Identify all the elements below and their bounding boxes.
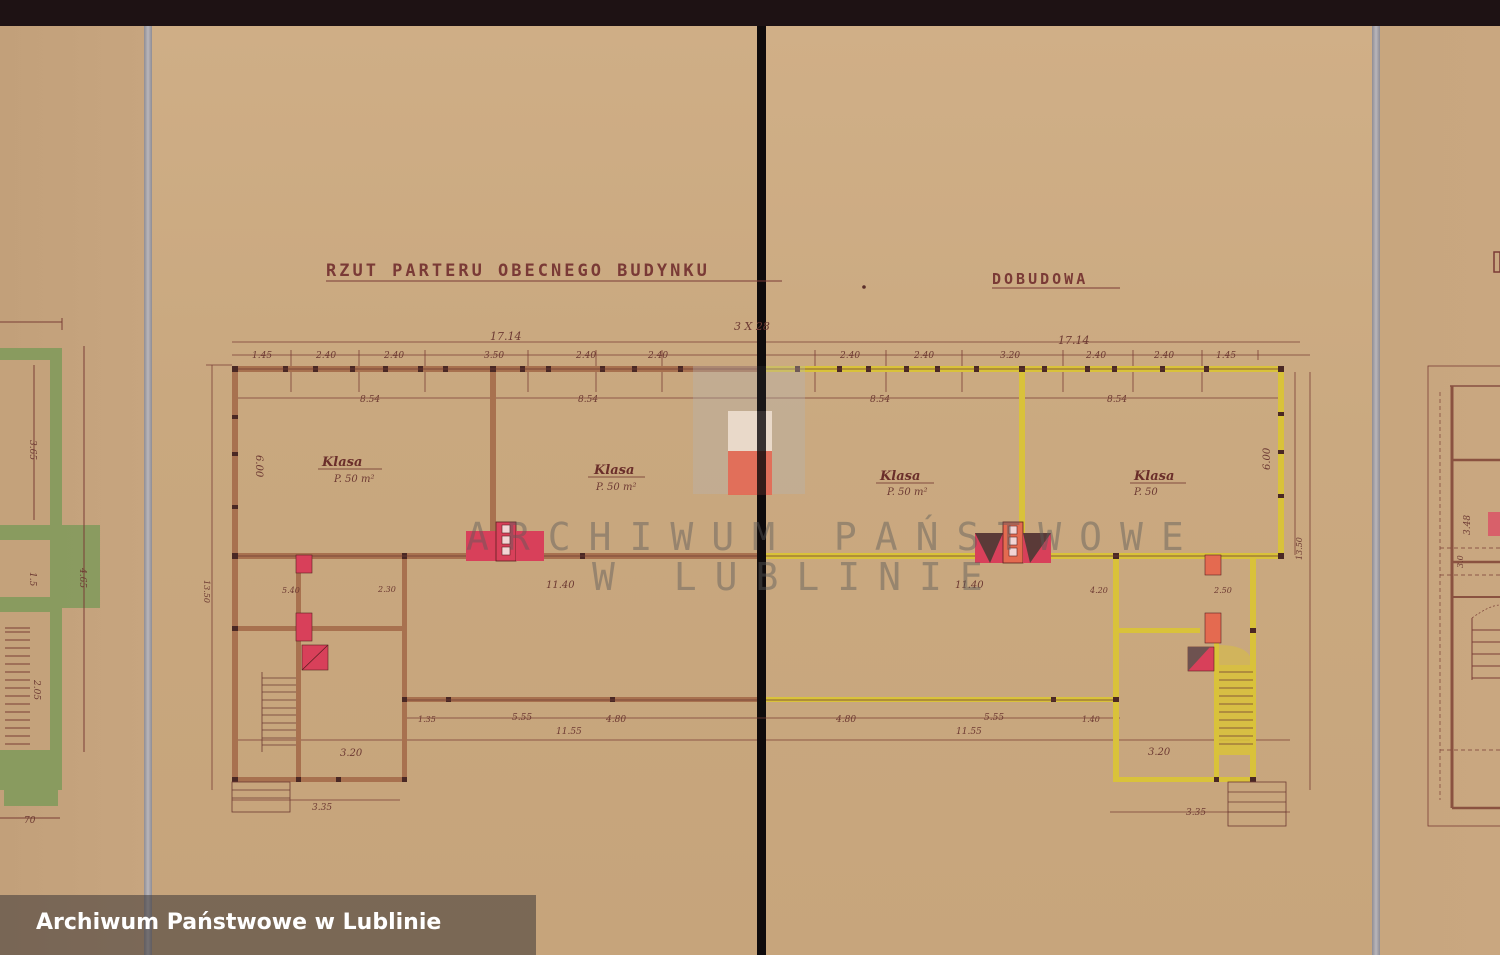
svg-text:Klasa: Klasa <box>593 463 634 478</box>
svg-text:3.65: 3.65 <box>27 440 37 460</box>
svg-text:2.40: 2.40 <box>1085 351 1106 361</box>
entry-steps <box>232 782 1286 826</box>
svg-text:P. 50 m²: P. 50 m² <box>333 474 374 485</box>
svg-text:11.55: 11.55 <box>956 727 982 737</box>
svg-text:6.00: 6.00 <box>1262 447 1273 470</box>
svg-text:4.65: 4.65 <box>77 567 87 588</box>
svg-text:2.40: 2.40 <box>647 351 668 361</box>
svg-text:1.35: 1.35 <box>418 715 436 724</box>
archive-viewer: 3.65 1.5 4.65 2.05 70 RZUT PARTERU OBECN… <box>0 0 1500 955</box>
svg-text:13.50: 13.50 <box>202 580 211 603</box>
svg-text:6.00: 6.00 <box>253 455 264 478</box>
svg-text:11.40: 11.40 <box>546 580 575 591</box>
svg-text:1.45: 1.45 <box>1216 351 1236 361</box>
right-sheet-plan <box>1428 366 1500 826</box>
top-note: 3 X 28 <box>734 320 770 333</box>
svg-text:3.20: 3.20 <box>1000 351 1020 361</box>
svg-text:8.54: 8.54 <box>360 395 380 405</box>
svg-text:17.14: 17.14 <box>1058 334 1090 347</box>
svg-text:8.54: 8.54 <box>870 395 890 405</box>
svg-text:Klasa: Klasa <box>1133 469 1174 484</box>
svg-text:3.0: 3.0 <box>1456 555 1465 568</box>
left-sheet-plan: 3.65 1.5 4.65 2.05 70 <box>0 318 100 826</box>
svg-text:3.20: 3.20 <box>1148 747 1171 758</box>
watermark-line-2: W LUBLINIE <box>592 555 1001 599</box>
svg-text:P. 50 m²: P. 50 m² <box>595 482 636 493</box>
svg-text:5.40: 5.40 <box>282 586 300 595</box>
svg-text:3.50: 3.50 <box>484 351 504 361</box>
svg-text:8.54: 8.54 <box>1107 395 1127 405</box>
svg-text:2.40: 2.40 <box>839 351 860 361</box>
svg-text:2.40: 2.40 <box>913 351 934 361</box>
svg-text:3.48: 3.48 <box>1463 515 1473 535</box>
binding-gutter-overlay <box>757 360 766 500</box>
archive-caption: Archiwum Państwowe w Lublinie <box>36 910 441 935</box>
svg-text:3.35: 3.35 <box>312 803 332 813</box>
svg-text:2.40: 2.40 <box>575 351 596 361</box>
svg-text:1.45: 1.45 <box>252 351 272 361</box>
svg-text:1.40: 1.40 <box>1082 715 1100 724</box>
plan-title-addition: DOBUDOWA <box>992 270 1088 288</box>
svg-text:2.05: 2.05 <box>31 679 41 700</box>
watermark-line-1: ARCHIWUM PAŃSTWOWE <box>466 515 1202 559</box>
svg-text:4.80: 4.80 <box>835 715 856 725</box>
svg-text:2.30: 2.30 <box>377 585 396 594</box>
svg-text:3.35: 3.35 <box>1186 808 1206 818</box>
svg-text:Klasa: Klasa <box>879 469 920 484</box>
svg-text:5.55: 5.55 <box>984 713 1004 723</box>
staircase-addition <box>1219 645 1253 755</box>
svg-text:Klasa: Klasa <box>321 455 362 470</box>
svg-text:2.50: 2.50 <box>1213 586 1232 595</box>
svg-text:4.80: 4.80 <box>605 715 626 725</box>
svg-text:5.55: 5.55 <box>512 713 532 723</box>
svg-text:70: 70 <box>24 816 36 826</box>
svg-text:8.54: 8.54 <box>578 395 598 405</box>
plan-title-existing: RZUT PARTERU OBECNEGO BUDYNKU <box>326 261 710 281</box>
svg-text:11.55: 11.55 <box>556 727 582 737</box>
svg-text:2.40: 2.40 <box>383 351 404 361</box>
svg-text:17.14: 17.14 <box>490 330 522 343</box>
svg-text:4.20: 4.20 <box>1089 586 1108 595</box>
svg-text:2.40: 2.40 <box>315 351 336 361</box>
svg-text:P. 50 m²: P. 50 m² <box>886 487 927 498</box>
svg-text:1.5: 1.5 <box>27 572 37 587</box>
svg-text:3.20: 3.20 <box>340 748 363 759</box>
svg-text:2.40: 2.40 <box>1153 351 1174 361</box>
svg-text:13.50: 13.50 <box>1295 537 1304 560</box>
svg-text:P. 50: P. 50 <box>1133 487 1158 498</box>
